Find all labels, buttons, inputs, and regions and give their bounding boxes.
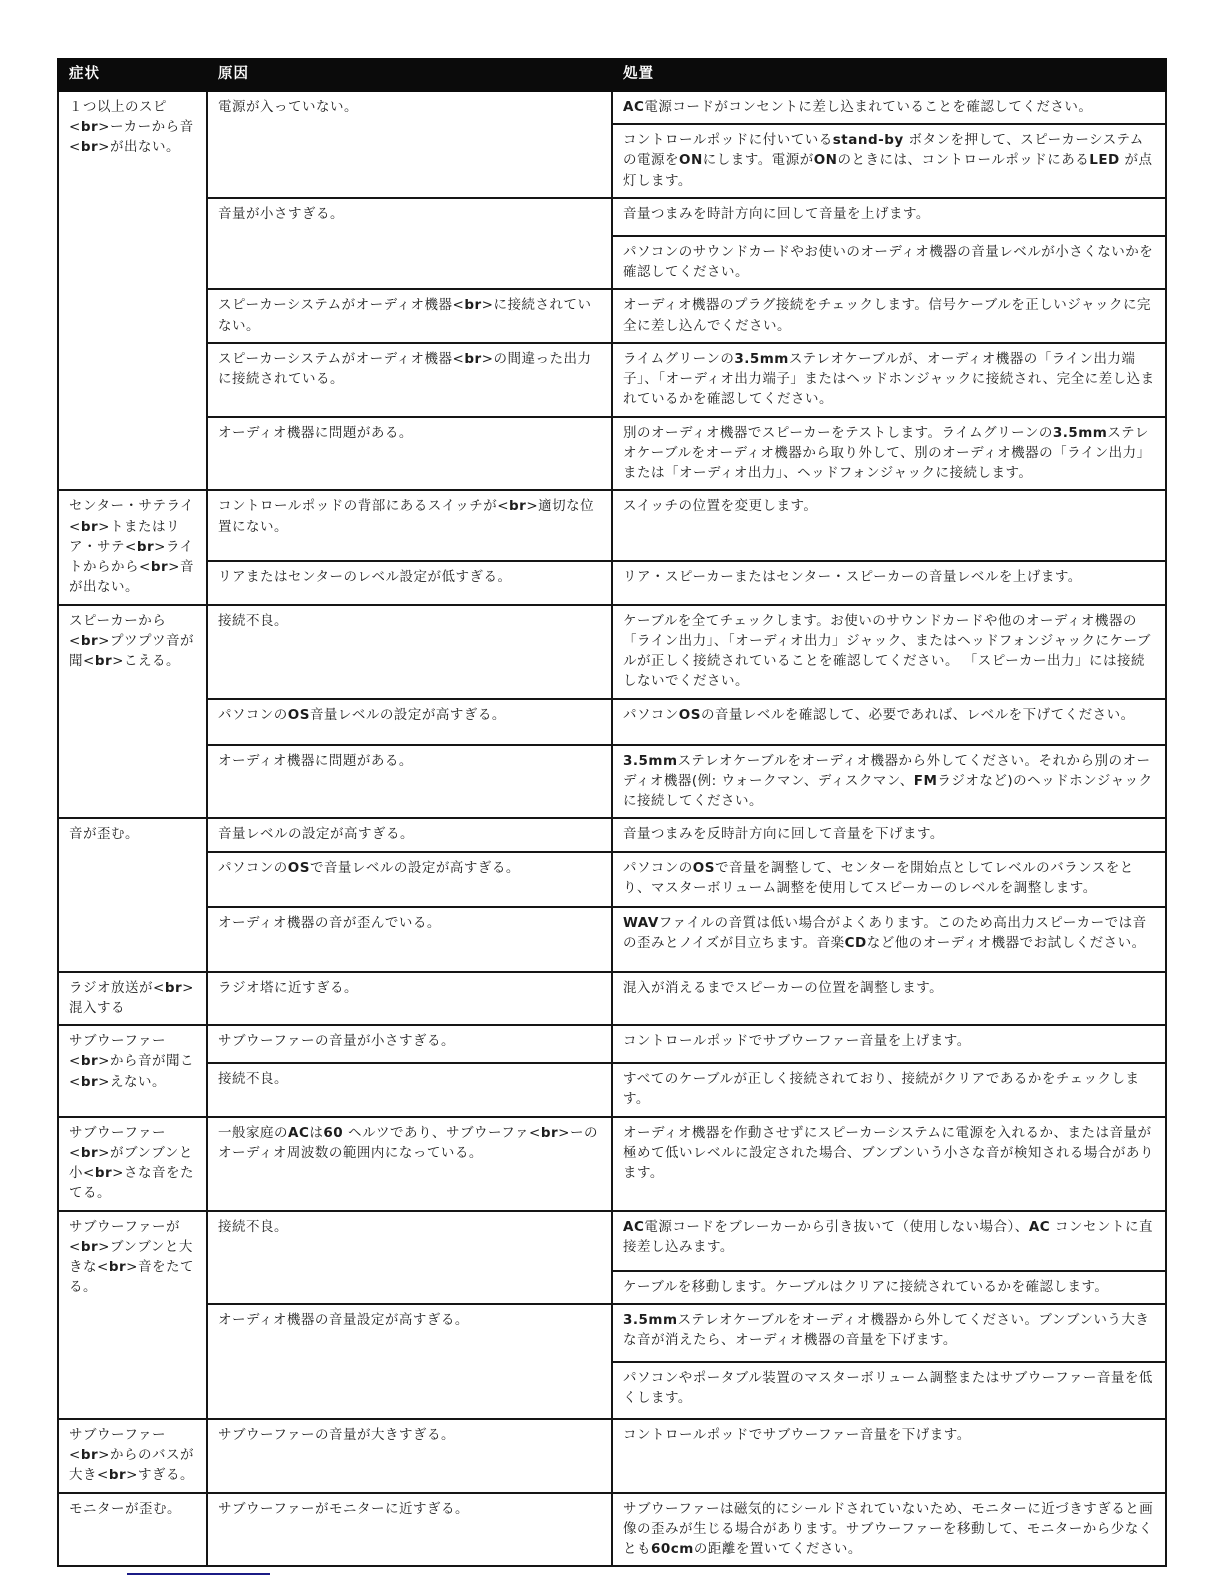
- table-row: スピーカーから<br>プツプツ音が聞<br>こえる。 接続不良。 ケーブルを全て…: [58, 605, 1166, 699]
- manual-page: 症状 原因 処置 １つ以上のスピ<br>ーカーから音<br>が出ない。 電源が入…: [0, 0, 1224, 1584]
- treatment-cell: パソコンOSの音量レベルを確認して、必要であれば、レベルを下げてください。: [612, 699, 1166, 745]
- treatment-cell: ケーブルを移動します。ケーブルはクリアに接続されているかを確認します。: [612, 1271, 1166, 1304]
- table-row: サブウーファー<br>がブンブンと小<br>さな音をたてる。 一般家庭のACは6…: [58, 1117, 1166, 1211]
- cause-cell: コントロールポッドの背部にあるスイッチが<br>適切な位置にない。: [207, 490, 612, 560]
- cause-cell: オーディオ機器の音が歪んでいる。: [207, 907, 612, 972]
- cause-cell: 音量レベルの設定が高すぎる。: [207, 818, 612, 851]
- cause-cell: パソコンのOSで音量レベルの設定が高すぎる。: [207, 852, 612, 907]
- symptom-cell: サブウーファー<br>から音が聞こ<br>えない。: [58, 1025, 207, 1117]
- cause-cell: リアまたはセンターのレベル設定が低すぎる。: [207, 561, 612, 605]
- treatment-cell: ケーブルを全てチェックします。お使いのサウンドカードや他のオーディオ機器の「ライ…: [612, 605, 1166, 699]
- symptom-cell: 音が歪む。: [58, 818, 207, 971]
- cause-cell: 接続不良。: [207, 605, 612, 699]
- table-row: １つ以上のスピ<br>ーカーから音<br>が出ない。 電源が入っていない。 AC…: [58, 91, 1166, 124]
- symptom-cell: サブウーファーが<br>ブンブンと大きな<br>音をたてる。: [58, 1211, 207, 1419]
- table-row: サブウーファー<br>からのバスが大き<br>すぎる。 サブウーファーの音量が大…: [58, 1419, 1166, 1493]
- symptom-cell: サブウーファー<br>からのバスが大き<br>すぎる。: [58, 1419, 207, 1493]
- treatment-cell: パソコンのOSで音量を調整して、センターを開始点としてレベルのバランスをとり、マ…: [612, 852, 1166, 907]
- cause-cell: 音量が小さすぎる。: [207, 198, 612, 290]
- cause-cell: 一般家庭のACは60 ヘルツであり、サブウーファ<br>ーのオーディオ周波数の範…: [207, 1117, 612, 1211]
- symptom-cell: センター・サテライ<br>トまたはリア・サテ<br>ライトからから<br>音が出…: [58, 490, 207, 604]
- treatment-cell: 音量つまみを時計方向に回して音量を上げます。: [612, 198, 1166, 236]
- column-header-cause: 原因: [207, 59, 612, 91]
- cause-cell: オーディオ機器の音量設定が高すぎる。: [207, 1304, 612, 1419]
- treatment-cell: オーディオ機器のプラグ接続をチェックします。信号ケーブルを正しいジャックに完全に…: [612, 289, 1166, 343]
- treatment-cell: コントロールポッドに付いているstand-by ボタンを押して、スピーカーシステ…: [612, 124, 1166, 198]
- treatment-cell: パソコンやポータブル装置のマスターボリューム調整またはサブウーファー音量を低くし…: [612, 1362, 1166, 1419]
- table-row: パソコンのOS音量レベルの設定が高すぎる。 パソコンOSの音量レベルを確認して、…: [58, 699, 1166, 745]
- treatment-cell: 音量つまみを反時計方向に回して音量を下げます。: [612, 818, 1166, 851]
- table-row: オーディオ機器の音量設定が高すぎる。 3.5mmステレオケーブルをオーディオ機器…: [58, 1304, 1166, 1362]
- treatment-cell: 3.5mmステレオケーブルをオーディオ機器から外してください。それから別のオーデ…: [612, 745, 1166, 819]
- table-row: スピーカーシステムがオーディオ機器<br>に接続されていない。 オーディオ機器の…: [58, 289, 1166, 343]
- table-row: リアまたはセンターのレベル設定が低すぎる。 リア・スピーカーまたはセンター・スピ…: [58, 561, 1166, 605]
- table-row: 接続不良。 すべてのケーブルが正しく接続されており、接続がクリアであるかをチェッ…: [58, 1063, 1166, 1117]
- table-row: サブウーファーが<br>ブンブンと大きな<br>音をたてる。 接続不良。 AC電…: [58, 1211, 1166, 1271]
- cause-cell: スピーカーシステムがオーディオ機器<br>の間違った出力に接続されている。: [207, 343, 612, 417]
- treatment-cell: リア・スピーカーまたはセンター・スピーカーの音量レベルを上げます。: [612, 561, 1166, 605]
- cause-cell: サブウーファーがモニターに近すぎる。: [207, 1493, 612, 1567]
- treatment-cell: コントロールポッドでサブウーファー音量を下げます。: [612, 1419, 1166, 1493]
- treatment-cell: AC電源コードをブレーカーから引き抜いて（使用しない場合）、AC コンセントに直…: [612, 1211, 1166, 1271]
- symptom-cell: ラジオ放送が<br>混入する: [58, 972, 207, 1026]
- cause-cell: オーディオ機器に問題がある。: [207, 745, 612, 819]
- cause-cell: 接続不良。: [207, 1211, 612, 1304]
- cause-cell: ラジオ塔に近すぎる。: [207, 972, 612, 1026]
- treatment-cell: すべてのケーブルが正しく接続されており、接続がクリアであるかをチェックします。: [612, 1063, 1166, 1117]
- table-row: オーディオ機器に問題がある。 別のオーディオ機器でスピーカーをテストします。ライ…: [58, 417, 1166, 491]
- cause-cell: スピーカーシステムがオーディオ機器<br>に接続されていない。: [207, 289, 612, 343]
- treatment-cell: スイッチの位置を変更します。: [612, 490, 1166, 560]
- troubleshooting-table: 症状 原因 処置 １つ以上のスピ<br>ーカーから音<br>が出ない。 電源が入…: [57, 58, 1167, 1567]
- treatment-cell: 3.5mmステレオケーブルをオーディオ機器から外してください。ブンブンいう大きな…: [612, 1304, 1166, 1362]
- footer-link-underline[interactable]: [127, 1573, 270, 1575]
- cause-cell: オーディオ機器に問題がある。: [207, 417, 612, 491]
- table-row: サブウーファー<br>から音が聞こ<br>えない。 サブウーファーの音量が小さす…: [58, 1025, 1166, 1063]
- cause-cell: サブウーファーの音量が小さすぎる。: [207, 1025, 612, 1063]
- treatment-cell: AC電源コードがコンセントに差し込まれていることを確認してください。: [612, 91, 1166, 124]
- table-row: オーディオ機器の音が歪んでいる。 WAVファイルの音質は低い場合がよくあります。…: [58, 907, 1166, 972]
- table-row: スピーカーシステムがオーディオ機器<br>の間違った出力に接続されている。 ライ…: [58, 343, 1166, 417]
- table-row: 音が歪む。 音量レベルの設定が高すぎる。 音量つまみを反時計方向に回して音量を下…: [58, 818, 1166, 851]
- table-row: オーディオ機器に問題がある。 3.5mmステレオケーブルをオーディオ機器から外し…: [58, 745, 1166, 819]
- column-header-symptom: 症状: [58, 59, 207, 91]
- symptom-cell: モニターが歪む。: [58, 1493, 207, 1567]
- table-row: モニターが歪む。 サブウーファーがモニターに近すぎる。 サブウーファーは磁気的に…: [58, 1493, 1166, 1567]
- symptom-cell: １つ以上のスピ<br>ーカーから音<br>が出ない。: [58, 91, 207, 491]
- treatment-cell: オーディオ機器を作動させずにスピーカーシステムに電源を入れるか、または音量が極め…: [612, 1117, 1166, 1211]
- treatment-cell: コントロールポッドでサブウーファー音量を上げます。: [612, 1025, 1166, 1063]
- table-row: センター・サテライ<br>トまたはリア・サテ<br>ライトからから<br>音が出…: [58, 490, 1166, 560]
- table-row: 音量が小さすぎる。 音量つまみを時計方向に回して音量を上げます。: [58, 198, 1166, 236]
- treatment-cell: WAVファイルの音質は低い場合がよくあります。このため高出力スピーカーでは音の歪…: [612, 907, 1166, 972]
- cause-cell: サブウーファーの音量が大きすぎる。: [207, 1419, 612, 1493]
- table-row: パソコンのOSで音量レベルの設定が高すぎる。 パソコンのOSで音量を調整して、セ…: [58, 852, 1166, 907]
- cause-cell: パソコンのOS音量レベルの設定が高すぎる。: [207, 699, 612, 745]
- treatment-cell: 別のオーディオ機器でスピーカーをテストします。ライムグリーンの3.5mmステレオ…: [612, 417, 1166, 491]
- treatment-cell: パソコンのサウンドカードやお使いのオーディオ機器の音量レベルが小さくないかを確認…: [612, 236, 1166, 290]
- treatment-cell: サブウーファーは磁気的にシールドされていないため、モニターに近づきすぎると画像の…: [612, 1493, 1166, 1567]
- cause-cell: 電源が入っていない。: [207, 91, 612, 198]
- treatment-cell: ライムグリーンの3.5mmステレオケーブルが、オーディオ機器の「ライン出力端子」…: [612, 343, 1166, 417]
- symptom-cell: スピーカーから<br>プツプツ音が聞<br>こえる。: [58, 605, 207, 819]
- table-row: ラジオ放送が<br>混入する ラジオ塔に近すぎる。 混入が消えるまでスピーカーの…: [58, 972, 1166, 1026]
- table-header-row: 症状 原因 処置: [58, 59, 1166, 91]
- cause-cell: 接続不良。: [207, 1063, 612, 1117]
- symptom-cell: サブウーファー<br>がブンブンと小<br>さな音をたてる。: [58, 1117, 207, 1211]
- treatment-cell: 混入が消えるまでスピーカーの位置を調整します。: [612, 972, 1166, 1026]
- column-header-treatment: 処置: [612, 59, 1166, 91]
